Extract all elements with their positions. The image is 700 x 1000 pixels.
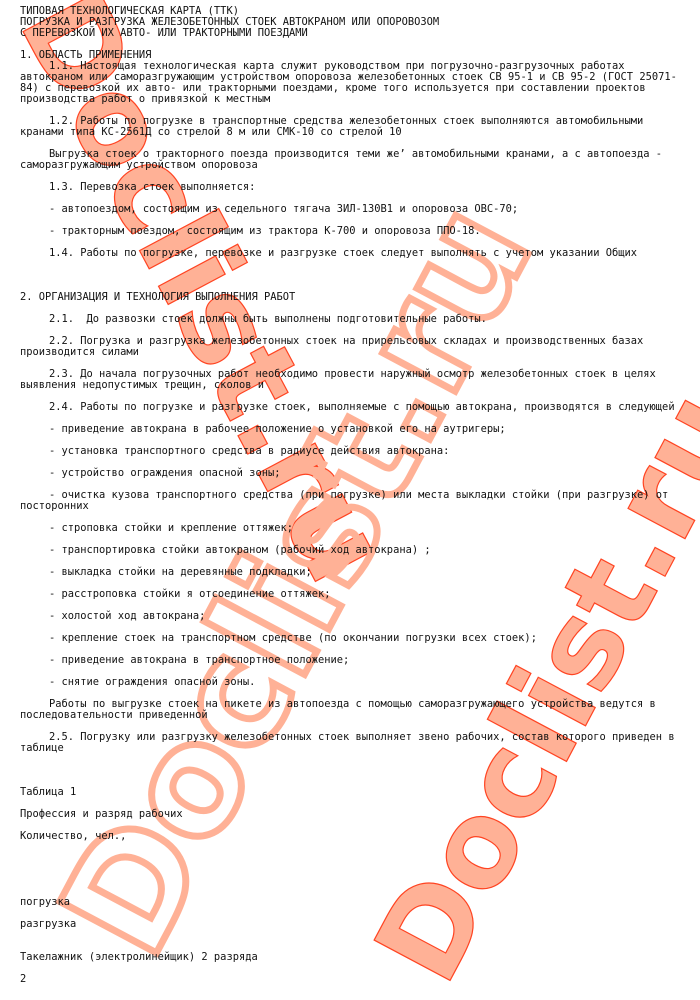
paragraph-unloading: Выгрузка стоек о тракторного поезда прои… <box>20 149 680 171</box>
paragraph-1-1: 1.1. Настоящая технологическая карта слу… <box>20 61 680 105</box>
paragraph-1-4: 1.4. Работы по погрузке, перевозке и раз… <box>20 248 680 259</box>
paragraph-2-4: 2.4. Работы по погрузке и разгрузке стое… <box>20 402 680 413</box>
table-caption: Таблица 1 <box>20 787 680 798</box>
list-item: - крепление стоек на транспортном средст… <box>20 633 680 644</box>
list-item: - холостой ход автокрана; <box>20 611 680 622</box>
document-body: ТИПОВАЯ ТЕХНОЛОГИЧЕСКАЯ КАРТА (ТТК) ПОГР… <box>20 6 680 985</box>
list-item: - транспортировка стойки автокраном (раб… <box>20 545 680 556</box>
paragraph-picket-unloading: Работы по выгрузке стоек на пикете из ав… <box>20 699 680 721</box>
list-item: - снятие ограждения опасной зоны. <box>20 677 680 688</box>
list-item: - автопоездом, состоящим из седельного т… <box>20 204 680 215</box>
table-header-count: Количество, чел., <box>20 831 680 842</box>
paragraph-2-3: 2.3. До начала погрузочных работ необход… <box>20 369 680 391</box>
doc-title-line-3: С ПЕРЕВОЗКОЙ ИХ АВТО- ИЛИ ТРАКТОРНЫМИ ПО… <box>20 28 680 39</box>
table-header-profession: Профессия и разряд рабочих <box>20 809 680 820</box>
table-subheader-loading: погрузка <box>20 897 680 908</box>
list-item: - устройство ограждения опасной зоны; <box>20 468 680 479</box>
list-item: - расстроповка стойки я отсоединение отт… <box>20 589 680 600</box>
table-subheader-unloading: разгрузка <box>20 919 680 930</box>
section-2-heading: 2. ОРГАНИЗАЦИЯ И ТЕХНОЛОГИЯ ВЫПОЛНЕНИЯ Р… <box>20 292 680 303</box>
list-item: - тракторным поездом, состоящим из тракт… <box>20 226 680 237</box>
paragraph-2-2: 2.2. Погрузка и разгрузка железобетонных… <box>20 336 680 358</box>
paragraph-2-1: 2.1. До развозки стоек должны быть выпол… <box>20 314 680 325</box>
list-item: - приведение автокрана в транспортное по… <box>20 655 680 666</box>
paragraph-1-2: 1.2. Работы по погрузке в транспортные с… <box>20 116 680 138</box>
paragraph-2-5: 2.5. Погрузку или разгрузку железобетонн… <box>20 732 680 754</box>
list-item: - приведение автокрана в рабочее положен… <box>20 424 680 435</box>
table-row-value: 2 <box>20 974 680 985</box>
list-item: - установка транспортного средства в рад… <box>20 446 680 457</box>
table-row-profession: Такелажник (электролинейщик) 2 разряда <box>20 952 680 963</box>
paragraph-1-3: 1.3. Перевозка стоек выполняется: <box>20 182 680 193</box>
list-item: - выкладка стойки на деревянные подкладк… <box>20 567 680 578</box>
list-item: - очистка кузова транспортного средства … <box>20 490 680 512</box>
list-item: - строповка стойки и крепление оттяжек; <box>20 523 680 534</box>
